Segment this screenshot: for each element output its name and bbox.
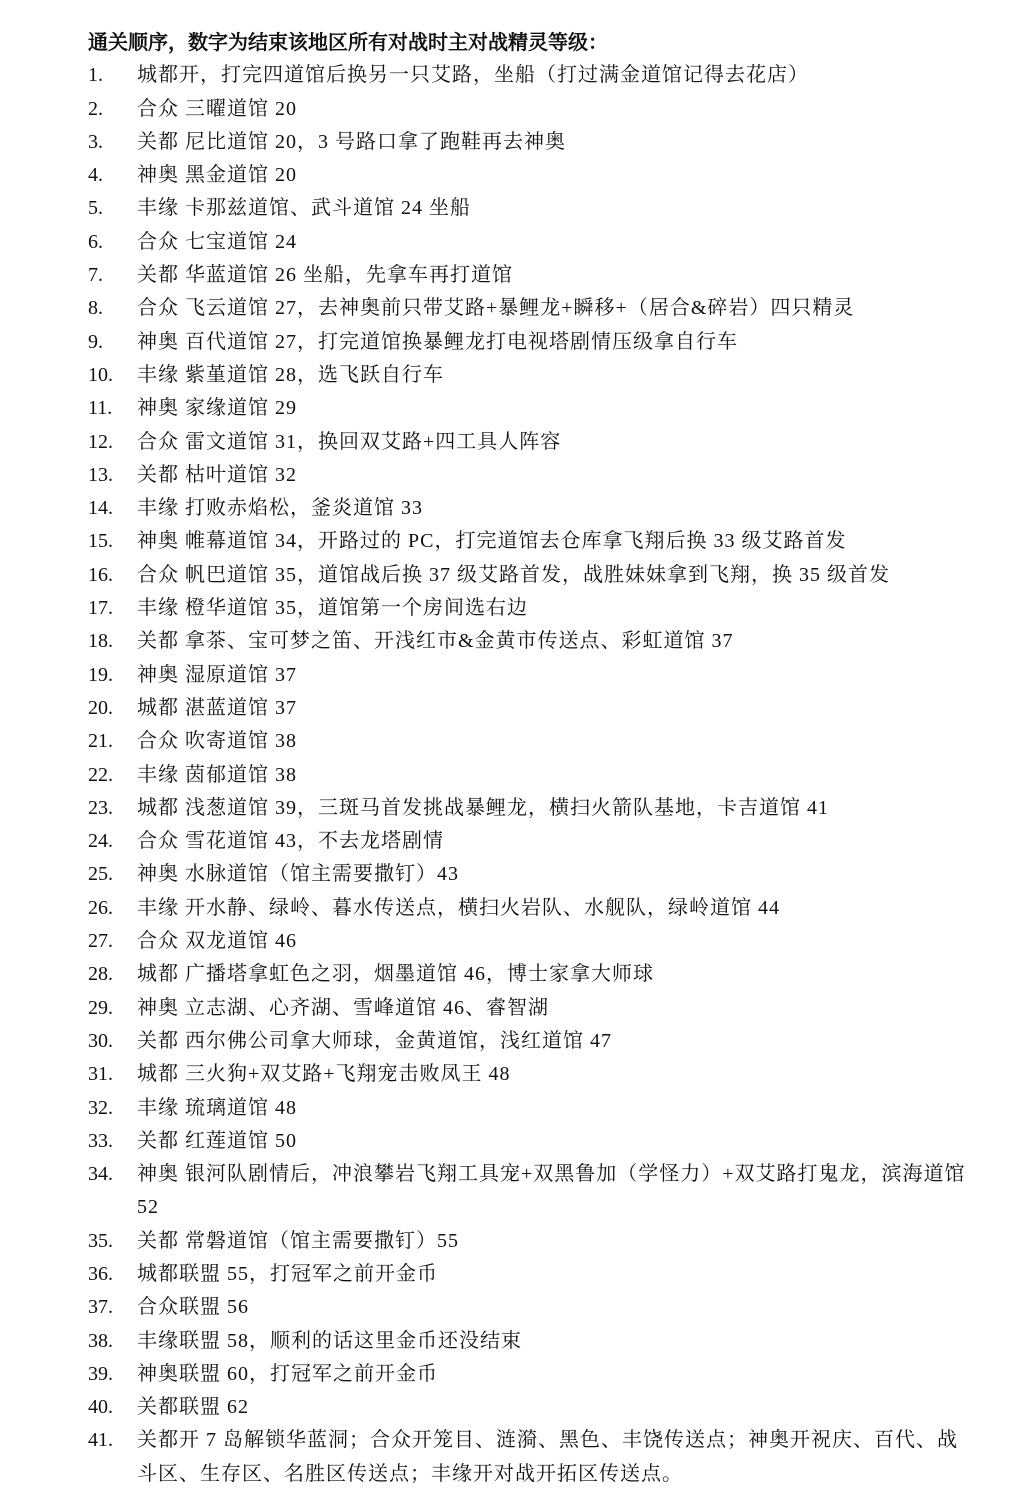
list-item: 4. 神奥 黑金道馆 20 xyxy=(88,159,968,192)
list-item-number: 5. xyxy=(88,192,137,225)
list-item-text: 关都 西尔佛公司拿大师球，金黄道馆，浅红道馆 47 xyxy=(137,1025,968,1058)
list-item-number: 15. xyxy=(88,525,137,558)
list-item: 19. 神奥 湿原道馆 37 xyxy=(88,659,968,692)
list-item-number: 28. xyxy=(88,958,137,991)
list-item-text: 关都开 7 岛解锁华蓝洞；合众开笼目、涟漪、黑色、丰饶传送点；神奥开祝庆、百代、… xyxy=(137,1424,968,1491)
list-item-text: 城都 三火狗+双艾路+飞翔宠击败凤王 48 xyxy=(137,1058,968,1091)
list-item: 16. 合众 帆巴道馆 35，道馆战后换 37 级艾路首发，战胜妹妹拿到飞翔，换… xyxy=(88,559,968,592)
list-item: 26. 丰缘 开水静、绿岭、暮水传送点，横扫火岩队、水舰队，绿岭道馆 44 xyxy=(88,892,968,925)
list-item: 11. 神奥 家缘道馆 29 xyxy=(88,392,968,425)
list-item-text: 神奥 家缘道馆 29 xyxy=(137,392,968,425)
list-item-number: 18. xyxy=(88,625,137,658)
list-item-text: 合众 雪花道馆 43，不去龙塔剧情 xyxy=(137,825,968,858)
list-item: 6. 合众 七宝道馆 24 xyxy=(88,226,968,259)
list-item-number: 21. xyxy=(88,725,137,758)
list-item: 2. 合众 三曜道馆 20 xyxy=(88,93,968,126)
list-item-text: 神奥 百代道馆 27，打完道馆换暴鲤龙打电视塔剧情压级拿自行车 xyxy=(137,326,968,359)
list-item: 21. 合众 吹寄道馆 38 xyxy=(88,725,968,758)
list-item: 23. 城都 浅葱道馆 39，三斑马首发挑战暴鲤龙，横扫火箭队基地，卡吉道馆 4… xyxy=(88,792,968,825)
list-item: 29. 神奥 立志湖、心齐湖、雪峰道馆 46、睿智湖 xyxy=(88,992,968,1025)
list-item-text: 丰缘联盟 58，顺利的话这里金币还没结束 xyxy=(137,1325,968,1358)
list-item: 40. 关都联盟 62 xyxy=(88,1391,968,1424)
list-item: 28. 城都 广播塔拿虹色之羽，烟墨道馆 46，博士家拿大师球 xyxy=(88,958,968,991)
list-item-text: 关都 常磐道馆（馆主需要撒钉）55 xyxy=(137,1225,968,1258)
list-item: 37. 合众联盟 56 xyxy=(88,1291,968,1324)
list-item-text: 城都联盟 55，打冠军之前开金币 xyxy=(137,1258,968,1291)
list-item-text: 关都 尼比道馆 20，3 号路口拿了跑鞋再去神奥 xyxy=(137,126,968,159)
list-item: 25. 神奥 水脉道馆（馆主需要撒钉）43 xyxy=(88,858,968,891)
list-item: 38. 丰缘联盟 58，顺利的话这里金币还没结束 xyxy=(88,1325,968,1358)
list-item-number: 7. xyxy=(88,259,137,292)
list-item-text: 城都 广播塔拿虹色之羽，烟墨道馆 46，博士家拿大师球 xyxy=(137,958,968,991)
list-item-number: 10. xyxy=(88,359,137,392)
list-item-text: 城都 浅葱道馆 39，三斑马首发挑战暴鲤龙，横扫火箭队基地，卡吉道馆 41 xyxy=(137,792,968,825)
list-item-text: 关都 华蓝道馆 26 坐船，先拿车再打道馆 xyxy=(137,259,968,292)
list-item-number: 27. xyxy=(88,925,137,958)
list-item-text: 合众 吹寄道馆 38 xyxy=(137,725,968,758)
list-item-number: 24. xyxy=(88,825,137,858)
list-item-text: 丰缘 紫堇道馆 28，选飞跃自行车 xyxy=(137,359,968,392)
list-item-number: 2. xyxy=(88,93,137,126)
list-item-number: 16. xyxy=(88,559,137,592)
list-item-number: 14. xyxy=(88,492,137,525)
list-item: 14. 丰缘 打败赤焰松，釜炎道馆 33 xyxy=(88,492,968,525)
list-item-text: 关都联盟 62 xyxy=(137,1391,968,1424)
list-item-text: 神奥 黑金道馆 20 xyxy=(137,159,968,192)
list-item-number: 37. xyxy=(88,1291,137,1324)
list-item-number: 12. xyxy=(88,426,137,459)
list-item-number: 1. xyxy=(88,59,137,92)
list-item: 41. 关都开 7 岛解锁华蓝洞；合众开笼目、涟漪、黑色、丰饶传送点；神奥开祝庆… xyxy=(88,1424,968,1491)
list-item-text: 合众联盟 56 xyxy=(137,1291,968,1324)
list-item: 13. 关都 枯叶道馆 32 xyxy=(88,459,968,492)
list-item: 8. 合众 飞云道馆 27，去神奥前只带艾路+暴鲤龙+瞬移+（居合&碎岩）四只精… xyxy=(88,292,968,325)
list-item: 36. 城都联盟 55，打冠军之前开金币 xyxy=(88,1258,968,1291)
list-item-number: 39. xyxy=(88,1358,137,1391)
list-item: 3. 关都 尼比道馆 20，3 号路口拿了跑鞋再去神奥 xyxy=(88,126,968,159)
list-item: 30. 关都 西尔佛公司拿大师球，金黄道馆，浅红道馆 47 xyxy=(88,1025,968,1058)
list-item-text: 关都 拿茶、宝可梦之笛、开浅红市&金黄市传送点、彩虹道馆 37 xyxy=(137,625,968,658)
list-item-text: 合众 飞云道馆 27，去神奥前只带艾路+暴鲤龙+瞬移+（居合&碎岩）四只精灵 xyxy=(137,292,968,325)
list-item-number: 23. xyxy=(88,792,137,825)
list-item-number: 30. xyxy=(88,1025,137,1058)
list-item: 1. 城都开，打完四道馆后换另一只艾路，坐船（打过满金道馆记得去花店） xyxy=(88,59,968,92)
list-item-text: 丰缘 卡那兹道馆、武斗道馆 24 坐船 xyxy=(137,192,968,225)
list-item-text: 合众 双龙道馆 46 xyxy=(137,925,968,958)
list-item-number: 20. xyxy=(88,692,137,725)
list-item-number: 19. xyxy=(88,659,137,692)
list-item-number: 34. xyxy=(88,1158,137,1225)
list-item-number: 6. xyxy=(88,226,137,259)
list-item-text: 丰缘 茵郁道馆 38 xyxy=(137,759,968,792)
walkthrough-list: 1. 城都开，打完四道馆后换另一只艾路，坐船（打过满金道馆记得去花店） 2. 合… xyxy=(88,59,968,1491)
list-item: 27. 合众 双龙道馆 46 xyxy=(88,925,968,958)
list-item-number: 33. xyxy=(88,1125,137,1158)
list-item-text: 城都开，打完四道馆后换另一只艾路，坐船（打过满金道馆记得去花店） xyxy=(137,59,968,92)
list-item: 17. 丰缘 橙华道馆 35，道馆第一个房间选右边 xyxy=(88,592,968,625)
list-item-text: 神奥 立志湖、心齐湖、雪峰道馆 46、睿智湖 xyxy=(137,992,968,1025)
list-item-number: 35. xyxy=(88,1225,137,1258)
list-item-number: 41. xyxy=(88,1424,137,1491)
list-item-number: 17. xyxy=(88,592,137,625)
list-item-text: 神奥 银河队剧情后，冲浪攀岩飞翔工具宠+双黑鲁加（学怪力）+双艾路打鬼龙，滨海道… xyxy=(137,1158,968,1225)
list-item-number: 11. xyxy=(88,392,137,425)
list-item: 10. 丰缘 紫堇道馆 28，选飞跃自行车 xyxy=(88,359,968,392)
list-item-number: 8. xyxy=(88,292,137,325)
list-item: 5. 丰缘 卡那兹道馆、武斗道馆 24 坐船 xyxy=(88,192,968,225)
list-item-number: 22. xyxy=(88,759,137,792)
list-item: 39. 神奥联盟 60，打冠军之前开金币 xyxy=(88,1358,968,1391)
list-item: 31. 城都 三火狗+双艾路+飞翔宠击败凤王 48 xyxy=(88,1058,968,1091)
list-item-text: 合众 七宝道馆 24 xyxy=(137,226,968,259)
list-item: 7. 关都 华蓝道馆 26 坐船，先拿车再打道馆 xyxy=(88,259,968,292)
list-item: 22. 丰缘 茵郁道馆 38 xyxy=(88,759,968,792)
list-item-number: 38. xyxy=(88,1325,137,1358)
document-title: 通关顺序，数字为结束该地区所有对战时主对战精灵等级： xyxy=(88,26,968,59)
list-item-text: 关都 枯叶道馆 32 xyxy=(137,459,968,492)
list-item-text: 神奥 湿原道馆 37 xyxy=(137,659,968,692)
list-item: 9. 神奥 百代道馆 27，打完道馆换暴鲤龙打电视塔剧情压级拿自行车 xyxy=(88,326,968,359)
list-item-number: 31. xyxy=(88,1058,137,1091)
list-item: 33. 关都 红莲道馆 50 xyxy=(88,1125,968,1158)
list-item: 15. 神奥 帷幕道馆 34，开路过的 PC，打完道馆去仓库拿飞翔后换 33 级… xyxy=(88,525,968,558)
list-item-number: 32. xyxy=(88,1092,137,1125)
list-item-text: 丰缘 开水静、绿岭、暮水传送点，横扫火岩队、水舰队，绿岭道馆 44 xyxy=(137,892,968,925)
list-item-number: 13. xyxy=(88,459,137,492)
list-item: 12. 合众 雷文道馆 31，换回双艾路+四工具人阵容 xyxy=(88,426,968,459)
list-item-text: 合众 帆巴道馆 35，道馆战后换 37 级艾路首发，战胜妹妹拿到飞翔，换 35 … xyxy=(137,559,968,592)
list-item-text: 城都 湛蓝道馆 37 xyxy=(137,692,968,725)
list-item-number: 26. xyxy=(88,892,137,925)
list-item-number: 4. xyxy=(88,159,137,192)
list-item-text: 神奥联盟 60，打冠军之前开金币 xyxy=(137,1358,968,1391)
list-item-text: 关都 红莲道馆 50 xyxy=(137,1125,968,1158)
list-item-text: 丰缘 橙华道馆 35，道馆第一个房间选右边 xyxy=(137,592,968,625)
list-item-text: 合众 雷文道馆 31，换回双艾路+四工具人阵容 xyxy=(137,426,968,459)
list-item-number: 36. xyxy=(88,1258,137,1291)
list-item-number: 3. xyxy=(88,126,137,159)
list-item-text: 神奥 水脉道馆（馆主需要撒钉）43 xyxy=(137,858,968,891)
list-item-number: 29. xyxy=(88,992,137,1025)
list-item: 32. 丰缘 琉璃道馆 48 xyxy=(88,1092,968,1125)
document-page: 通关顺序，数字为结束该地区所有对战时主对战精灵等级： 1. 城都开，打完四道馆后… xyxy=(0,0,968,1491)
list-item-number: 40. xyxy=(88,1391,137,1424)
list-item-text: 神奥 帷幕道馆 34，开路过的 PC，打完道馆去仓库拿飞翔后换 33 级艾路首发 xyxy=(137,525,968,558)
list-item-text: 丰缘 琉璃道馆 48 xyxy=(137,1092,968,1125)
list-item-text: 丰缘 打败赤焰松，釜炎道馆 33 xyxy=(137,492,968,525)
list-item-number: 25. xyxy=(88,858,137,891)
list-item: 18. 关都 拿茶、宝可梦之笛、开浅红市&金黄市传送点、彩虹道馆 37 xyxy=(88,625,968,658)
list-item: 20. 城都 湛蓝道馆 37 xyxy=(88,692,968,725)
list-item: 34. 神奥 银河队剧情后，冲浪攀岩飞翔工具宠+双黑鲁加（学怪力）+双艾路打鬼龙… xyxy=(88,1158,968,1225)
list-item-text: 合众 三曜道馆 20 xyxy=(137,93,968,126)
list-item: 35. 关都 常磐道馆（馆主需要撒钉）55 xyxy=(88,1225,968,1258)
list-item-number: 9. xyxy=(88,326,137,359)
list-item: 24. 合众 雪花道馆 43，不去龙塔剧情 xyxy=(88,825,968,858)
